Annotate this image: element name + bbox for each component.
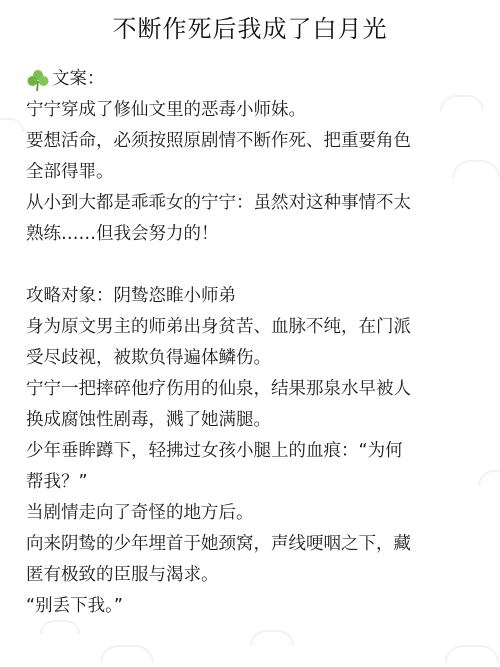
text-line: 当剧情走向了奇怪的地方后。 [26, 498, 486, 529]
text-line: 受尽歧视，被欺负得遍体鳞伤。 [26, 343, 486, 374]
decor-cloud [100, 645, 154, 663]
clover-icon [26, 68, 50, 92]
synopsis-body: 文案： 宁宁穿成了修仙文里的恶毒小师妹。 要想活命，必须按照原剧情不断作死、把重… [26, 64, 486, 622]
text-line: 宁宁穿成了修仙文里的恶毒小师妹。 [26, 95, 486, 126]
text-line: 换成腐蚀性剧毒，溅了她满腿。 [26, 405, 486, 436]
decor-cloud [40, 620, 80, 634]
text-line: 要想活命，必须按照原剧情不断作死、把重要角色 [26, 126, 486, 157]
text-line: 少年垂眸蹲下，轻拂过女孩小腿上的血痕：“为何 [26, 436, 486, 467]
text-line: 向来阴鸷的少年埋首于她颈窝，声线哽咽之下，藏 [26, 529, 486, 560]
text-line: 从小到大都是乖乖女的宁宁：虽然对这种事情不太 [26, 188, 486, 219]
synopsis-heading-label: 文案： [52, 64, 105, 95]
text-line: 熟练……但我会努力的！ [26, 219, 486, 250]
page-title: 不断作死后我成了白月光 [0, 12, 500, 46]
text-line: 帮我？” [26, 467, 486, 498]
text-line: 宁宁一把摔碎他疗伤用的仙泉，结果那泉水早被人 [26, 374, 486, 405]
decor-cloud [445, 645, 499, 663]
decor-cloud [0, 118, 24, 132]
text-line: 身为原文男主的师弟出身贫苦、血脉不纯，在门派 [26, 312, 486, 343]
paragraph-gap [26, 250, 486, 281]
target-heading: 攻略对象：阴鸷恣睢小师弟 [26, 281, 486, 312]
synopsis-heading: 文案： [26, 64, 486, 95]
text-line: 匿有极致的臣服与渴求。 [26, 560, 486, 591]
text-line: 全部得罪。 [26, 157, 486, 188]
quote-line: “别丢下我。” [26, 591, 486, 622]
decor-cloud [250, 630, 294, 646]
